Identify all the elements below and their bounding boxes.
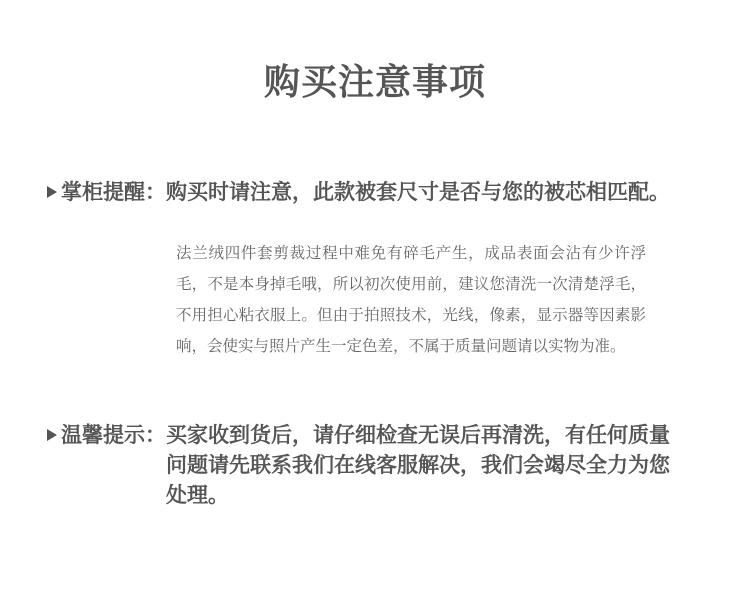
shopkeeper-reminder: 掌柜提醒： 购买时请注意，此款被套尺寸是否与您的被芯相匹配。	[47, 177, 670, 207]
page-title: 购买注意事项	[0, 58, 750, 108]
reminder-label: 掌柜提醒：	[61, 177, 166, 207]
triangle-right-icon	[47, 429, 57, 441]
triangle-right-icon	[47, 186, 57, 198]
reminder-text: 购买时请注意，此款被套尺寸是否与您的被芯相匹配。	[166, 177, 670, 207]
warm-tip: 温馨提示： 买家收到货后，请仔细检查无误后再清洗，有任何质量问题请先联系我们在线…	[47, 420, 688, 510]
tip-text: 买家收到货后，请仔细检查无误后再清洗，有任何质量问题请先联系我们在线客服解决，我…	[166, 420, 688, 510]
fabric-description: 法兰绒四件套剪裁过程中难免有碎毛产生，成品表面会沾有少许浮毛，不是本身掉毛哦，所…	[176, 238, 646, 362]
tip-label: 温馨提示：	[61, 420, 166, 450]
